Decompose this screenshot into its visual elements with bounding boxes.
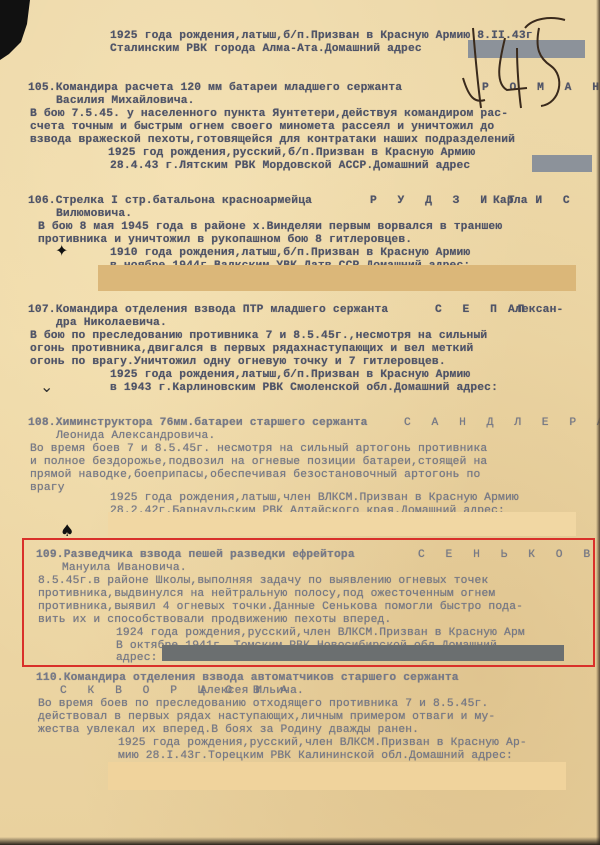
entry-105-body-1: В бою 7.5.45. у населенного пункта Яунте… xyxy=(30,108,508,120)
redaction-box xyxy=(162,645,564,661)
entry-108-body-2: и полное бездорожье,подвозил на огневые … xyxy=(30,456,487,468)
entry-107-name-first: Алексан- xyxy=(508,304,563,316)
ink-mark: ⌄ xyxy=(40,380,52,394)
page-edge xyxy=(596,0,600,845)
entry-110-bio-1: 1925 года рождения,русский,член ВЛКСМ.Пр… xyxy=(118,737,527,749)
entry-107-body-2: огонь противника,двигался в первых рядах… xyxy=(30,343,473,355)
entry-110-body-3: жества увлекал их вперед.В боях за Родин… xyxy=(38,724,419,736)
entry-109-body-4: вить их и способствовали продвижению пех… xyxy=(38,614,391,626)
redaction-box xyxy=(532,155,592,172)
entry-106-surname: Р У Д З И Т И С xyxy=(370,195,577,207)
entry-109-body-1: 8.5.45г.в районе Школы,выполняя задачу п… xyxy=(38,575,488,587)
entry-106-body-1: В бою 8 мая 1945 года в районе х.Винделя… xyxy=(38,221,502,233)
entry-108-bio-1: 1925 года рождения,латыш,член ВЛКСМ.Приз… xyxy=(110,492,519,504)
entry-106-body-2: противника и уничтожил в рукопашном бою … xyxy=(38,234,412,246)
handwritten-page-number-icon xyxy=(455,8,575,118)
entry-105-name: Василия Михайловича. xyxy=(56,95,195,107)
entry-107-name: дра Николаевича. xyxy=(56,317,167,329)
header-line-2: Сталинским РВК города Алма-Ата.Домашний … xyxy=(110,43,422,55)
redaction-box xyxy=(98,265,576,291)
entry-105-bio-2: 28.4.43 г.Лятским РВК Мордовской АССР.До… xyxy=(110,160,470,172)
entry-108-surname: С А Н Д Л Е Р А xyxy=(404,417,600,429)
entry-106-heading: 106.Стрелка I стр.батальона красноармейц… xyxy=(28,195,312,207)
page-edge xyxy=(0,837,600,845)
entry-110-name: Алексея Ильича. xyxy=(200,685,304,697)
entry-109-bio-3: адрес: xyxy=(116,652,158,664)
entry-110-body-2: действовал в первых рядах наступающих,ли… xyxy=(38,711,495,723)
entry-108-body-1: Во время боев 7 и 8.5.45г. несмотря на с… xyxy=(30,443,487,455)
entry-105-heading: 105.Командира расчета 120 мм батареи мла… xyxy=(28,82,402,94)
entry-107-heading: 107.Командира отделения взвода ПТР младш… xyxy=(28,304,388,316)
entry-106-bio-1: 1910 года рождения,латыш,б/п.Призван в К… xyxy=(110,247,470,259)
ink-blot: ✦ xyxy=(55,244,67,258)
entry-109-surname: С Е Н Ь К О В А xyxy=(418,549,600,561)
entry-108-body-3: прямой наводке,боеприпасы,обеспечивая бе… xyxy=(30,469,480,481)
entry-106-name-first: Карла xyxy=(493,195,528,207)
redaction-box xyxy=(108,762,566,790)
entry-109-body-3: противника,выявил 4 огневых точки.Данные… xyxy=(38,601,523,613)
entry-109-body-2: противника,выдвинулся на нейтральную пол… xyxy=(38,588,495,600)
entry-108-body-4: врагу xyxy=(30,482,65,494)
entry-105-bio-1: 1925 год рождения,русский,б/п.Призван в … xyxy=(108,147,475,159)
entry-109-heading: 109.Разведчика взвода пешей разведки ефр… xyxy=(36,549,355,561)
entry-109-name: Мануила Ивановича. xyxy=(62,562,187,574)
entry-109-bio-1: 1924 года рождения,русский,член ВЛКСМ.Пр… xyxy=(116,627,525,639)
entry-110-bio-2: мию 28.I.43г.Торецким РВК Калининской об… xyxy=(118,750,513,762)
torn-corner xyxy=(0,0,30,60)
ink-blot: ♠ xyxy=(60,524,72,538)
entry-110-heading: 110.Командира отделения взвода автоматчи… xyxy=(36,672,459,684)
entry-105-body-2: счета точным и быстрым огнем своего мино… xyxy=(30,121,494,133)
entry-107-body-3: огонь по врагу.Уничтожил одну огневую то… xyxy=(30,356,446,368)
entry-110-body-1: Во время боев по преследованию отходящег… xyxy=(38,698,488,710)
entry-105-body-3: взвода вражеской пехоты,готовящейся для … xyxy=(30,134,515,146)
entry-107-body-1: В бою по преследованию противника 7 и 8.… xyxy=(30,330,487,342)
entry-107-bio-1: 1925 года рождения,латыш,б/п.Призван в К… xyxy=(110,369,470,381)
entry-106-name: Вилюмовича. xyxy=(56,208,132,220)
entry-107-bio-2: в 1943 г.Карлиновским РВК Смоленской обл… xyxy=(110,382,498,394)
entry-108-name: Леонида Александровича. xyxy=(56,430,215,442)
entry-108-heading: 108.Химинструктора 76мм.батареи старшего… xyxy=(28,417,368,429)
redaction-box xyxy=(108,512,576,536)
document-page: 1925 года рождения,латыш,б/п.Призван в К… xyxy=(0,0,600,845)
